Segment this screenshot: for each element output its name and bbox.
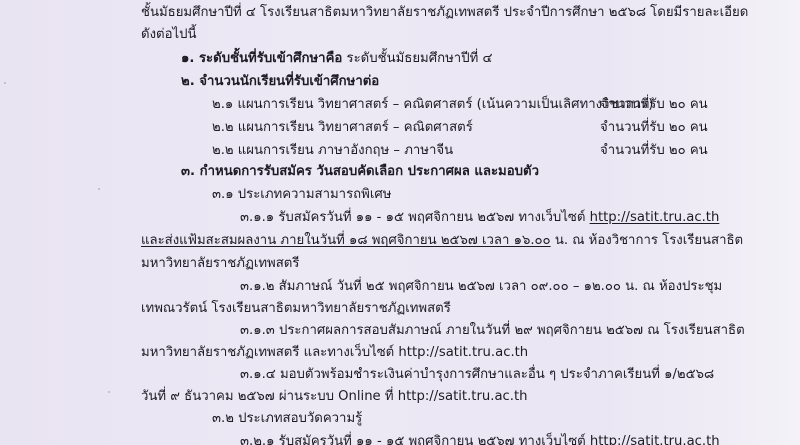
intro-line-1: ชั้นมัธยมศึกษาปีที่ ๔ โรงเรียนสาธิตมหาวิ… <box>141 3 748 23</box>
section-2-heading: ๒. จำนวนนักเรียนที่รับเข้าศึกษาต่อ <box>181 72 379 92</box>
plan-2-1-label: ๒.๑ แผนการเรียน วิทยาศาสตร์ – คณิตศาสตร์… <box>212 95 653 115</box>
item-3-1-1-line-3: มหาวิทยาลัยราชภัฏเทพสตรี <box>141 254 299 274</box>
scanned-document-page: ชั้นมัธยมศึกษาปีที่ ๔ โรงเรียนสาธิตมหาวิ… <box>0 0 800 445</box>
plan-2-3-quota: จำนวนที่รับ ๒๐ คน <box>600 141 708 161</box>
plan-2-1-quota: จำนวนที่รับ ๒๐ คน <box>600 95 708 115</box>
plan-2-2-label: ๒.๒ แผนการเรียน วิทยาศาสตร์ – คณิตศาสตร์ <box>212 118 473 138</box>
section-1: ๑. ระดับชั้นที่รับเข้าศึกษาคือ ระดับชั้น… <box>181 49 492 69</box>
item-3-1-1-line-1: ๓.๑.๑ รับสมัครวันที่ ๑๑ - ๑๕ พฤศจิกายน ๒… <box>240 208 719 228</box>
item-3-1-2-line-2: เทพณวรัตน์ โรงเรียนสาธิตมหาวิทยาลัยราชภั… <box>141 299 451 319</box>
item-3-1-4-line-1: ๓.๑.๔ มอบตัวพร้อมชำระเงินค่าบำรุงการศึกษ… <box>240 365 714 385</box>
section-3-heading: ๓. กำหนดการรับสมัคร วันสอบคัดเลือก ประกา… <box>181 162 539 182</box>
item-3-2-1-line-1: ๓.๒.๑ รับสมัครวันที่ ๑๑ - ๑๕ พฤศจิกายน ๒… <box>240 432 720 445</box>
portfolio-deadline: และส่งแฟ้มสะสมผลงาน ภายในวันที่ ๑๘ พฤศจิ… <box>141 233 551 248</box>
section-1-heading: ๑. ระดับชั้นที่รับเข้าศึกษาคือ <box>181 51 342 66</box>
scan-speck <box>98 188 100 190</box>
plan-2-2-quota: จำนวนที่รับ ๒๐ คน <box>600 118 708 138</box>
intro-line-2: ดังต่อไปนี้ <box>141 25 197 45</box>
subsection-3-2-heading: ๓.๒ ประเภทสอบวัดความรู้ <box>212 409 362 429</box>
website-link[interactable]: http://satit.tru.ac.th <box>590 210 720 225</box>
section-1-value: ระดับชั้นมัธยมศึกษาปีที่ ๔ <box>347 51 493 66</box>
item-3-1-3-line-1: ๓.๑.๓ ประกาศผลการสอบสัมภาษณ์ ภายในวันที่… <box>240 321 745 341</box>
subsection-3-1-heading: ๓.๑ ประเภทความสามารถพิเศษ <box>212 185 391 205</box>
scan-speck <box>108 391 110 393</box>
item-3-1-1-text: ๓.๑.๑ รับสมัครวันที่ ๑๑ - ๑๕ พฤศจิกายน ๒… <box>240 210 590 225</box>
item-3-1-4-line-2: วันที่ ๙ ธันวาคม ๒๕๖๗ ผ่านระบบ Online ที… <box>141 387 528 407</box>
plan-2-3-label: ๒.๒ แผนการเรียน ภาษาอังกฤษ – ภาษาจีน <box>212 141 453 161</box>
portfolio-location: น. ณ ห้องวิชาการ โรงเรียนสาธิต <box>551 233 744 248</box>
item-3-1-1-line-2: และส่งแฟ้มสะสมผลงาน ภายในวันที่ ๑๘ พฤศจิ… <box>141 231 743 251</box>
item-3-1-2-line-1: ๓.๑.๒ สัมภาษณ์ วันที่ ๒๕ พฤศจิกายน ๒๕๖๗ … <box>240 277 722 297</box>
scan-speck <box>4 82 6 84</box>
item-3-1-3-line-2: มหาวิทยาลัยราชภัฏเทพสตรี และทางเว็บไซต์ … <box>141 343 528 363</box>
